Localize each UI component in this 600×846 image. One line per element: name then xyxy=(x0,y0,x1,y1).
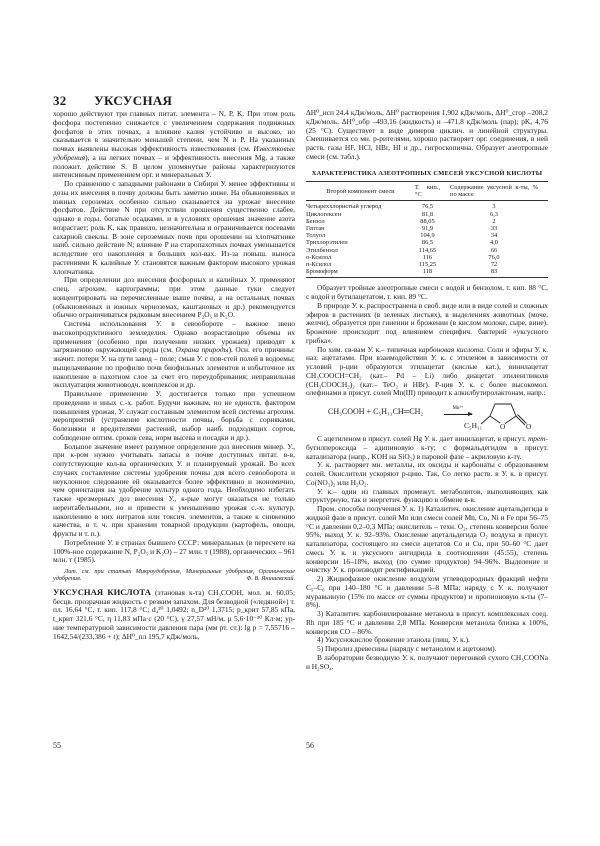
paragraph: При определении доз внесения фосфорных и… xyxy=(53,276,295,320)
table-row: Бензол88,052 xyxy=(306,218,548,225)
paragraph: По сравнению с западными районами в Сиби… xyxy=(53,180,295,276)
header-title: УКСУСНАЯ xyxy=(94,93,172,108)
reaction-reactants: CH₃COOH + C₅H₁₁CH═CH₂ xyxy=(328,408,423,417)
table-row: Трихлорэтилен86,54,0 xyxy=(306,239,548,246)
substituent-label: C₅H₁₁ xyxy=(464,422,482,431)
paragraph: В лаборатории безводную У. к. получают п… xyxy=(306,654,548,672)
carbonyl-oxygen-label: O xyxy=(526,423,531,432)
headword: УКСУСНАЯ КИСЛОТА xyxy=(53,587,151,597)
paragraph: У. к. растворяет мн. металлы, их оксиды … xyxy=(306,461,548,487)
cross-reference[interactable]: Охрана природы xyxy=(176,345,229,354)
cross-reference[interactable]: карбоновая кислота xyxy=(419,345,483,354)
paragraph: По хим. св-вам У. к.– типичная карбонова… xyxy=(306,346,548,399)
column-header: Второй компонент смеси xyxy=(306,181,415,200)
paragraph: В природе У. к. распространена в своб. в… xyxy=(306,302,548,346)
literature-note: Лит. см. при статьях Микроудобрения, Мин… xyxy=(53,568,295,583)
left-column: хорошо действуют три главных питат. элем… xyxy=(53,110,295,641)
paragraph: У. к.– один из главных промежут. метабол… xyxy=(306,488,548,506)
page-number-left: 55 xyxy=(53,741,61,750)
header-page-number: 32 xyxy=(53,93,67,108)
paragraph: 2) Жидкофазное окисление воздухом углево… xyxy=(306,575,548,610)
paragraph: Большое значение имеет разумное определе… xyxy=(53,443,295,539)
table-row: Толуол104,934 xyxy=(306,232,548,239)
article-entry: УКСУСНАЯ КИСЛОТА (этановая к-та) CH₃COOH… xyxy=(53,588,295,642)
paragraph: Система использования У. в севообороте –… xyxy=(53,320,295,390)
page-number-right: 56 xyxy=(306,741,314,750)
paragraph: С ацетиленом в присут. солей Hg У. к. да… xyxy=(306,435,548,461)
ring-oxygen-label: O xyxy=(500,423,505,432)
reaction-scheme: CH₃COOH + C₅H₁₁CH═CH₂ Mn³⁺ C₅H₁₁ O O xyxy=(306,402,548,432)
paragraph: Потребление У. в странах бывшего СССР: м… xyxy=(53,539,295,565)
table-title: ХАРАКТЕРИСТИКА АЗЕОТРОПНЫХ СМЕСЕЙ УКСУСН… xyxy=(306,170,548,177)
column-header: Содержание уксусной к-ты, % по массе xyxy=(440,181,548,200)
table-row: Циклогексен81,86,3 xyxy=(306,211,548,218)
paragraph: 3) Каталитич. карбонилирование метанола … xyxy=(306,610,548,636)
paragraph: Образует тройные азеотропные смеси с вод… xyxy=(306,284,548,302)
author: Ф. В. Янишевский. xyxy=(235,575,295,582)
table-row: о-Ксилол11676,0 xyxy=(306,254,548,261)
right-column: ΔH⁰_исп 24,4 кДж/моль, ΔH⁰ растворения 1… xyxy=(306,109,548,671)
running-header: 32 УКСУСНАЯ xyxy=(53,93,172,109)
paragraph: ΔH⁰_исп 24,4 кДж/моль, ΔH⁰ растворения 1… xyxy=(306,109,548,162)
paragraph: Пром. способы получения У. к. 1) Каталит… xyxy=(306,505,548,575)
table-row: Четыреххлористый углерод76,53 xyxy=(306,201,548,211)
table-row: Этилбензол114,6566 xyxy=(306,247,548,254)
column-header: Т. кип., °С xyxy=(415,181,440,200)
table-row: Гептан91,933 xyxy=(306,225,548,232)
table-row: Бромоформ11883 xyxy=(306,268,548,278)
azeotrope-table: Второй компонент смеси Т. кип., °С Содер… xyxy=(306,181,548,278)
paragraph: хорошо действуют три главных питат. элем… xyxy=(53,110,295,180)
paragraph: Правильное применение У. достигается тол… xyxy=(53,390,295,443)
table-row: п-Ксилол115,2572 xyxy=(306,261,548,268)
reaction-arrow: Mn³⁺ xyxy=(444,405,472,415)
